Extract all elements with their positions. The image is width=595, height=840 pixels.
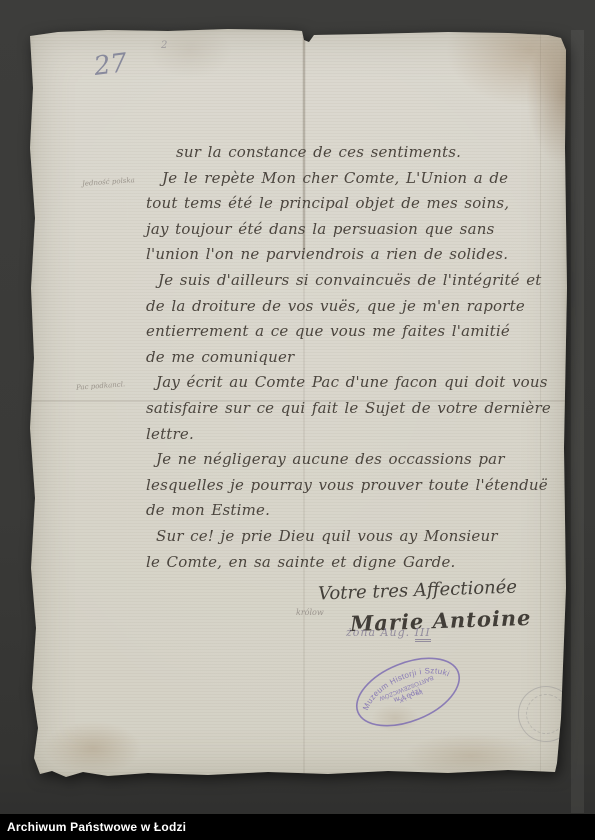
folio-number: 27: [92, 48, 129, 82]
letter-line: tout tems été le principal objet de mes …: [146, 191, 562, 217]
museum-stamp: Muzeum Historji i Sztuki w Łodzi Im. J. …: [343, 647, 473, 741]
pencil-attribution-numeral: III: [415, 626, 431, 642]
letter-line: Jay écrit au Comte Pac d'une facon qui d…: [146, 370, 562, 396]
letter-line: de me comuniquer: [146, 345, 562, 371]
archival-scan: 27 2 Jedność polska Pac podkancl. sur la…: [0, 0, 595, 840]
archive-watermark-bar: Archiwum Państwowe w Łodzi: [0, 814, 595, 840]
svg-text:Muzeum Historji i Sztuki: Muzeum Historji i Sztuki: [354, 655, 454, 714]
document-page-wrap: 27 2 Jedność polska Pac podkancl. sur la…: [28, 28, 568, 778]
letter-line: Je suis d'ailleurs si convaincuës de l'i…: [146, 268, 562, 294]
letter-line: entierrement a ce que vous me faites l'a…: [146, 319, 562, 345]
bleed-through-seal: [513, 681, 579, 747]
letter-line: jay toujour été dans la persuasion que s…: [146, 217, 562, 243]
margin-note-pac: Pac podkancl.: [76, 380, 126, 391]
letter-line: de la droiture de vos vuës, que je m'en …: [146, 294, 562, 320]
stamp-arc-top-text: Muzeum Historji i Sztuki: [354, 655, 454, 714]
margin-note-union: Jedność polska: [82, 176, 135, 188]
letter-line: satisfaire sur ce qui fait le Sujet de v…: [146, 396, 562, 422]
closing-line: Votre tres Affectionée: [318, 577, 518, 605]
bleed-through-seal-inner: [522, 690, 569, 737]
letter-line: lettre.: [146, 422, 562, 448]
adjacent-sheet-edge: [571, 30, 584, 813]
letter-line: Je le repète Mon cher Comte, L'Union a d…: [146, 166, 562, 192]
letter-line: de mon Estime.: [146, 498, 562, 524]
document-page: 27 2 Jedność polska Pac podkancl. sur la…: [28, 28, 568, 778]
pencil-attribution-left: królow: [296, 608, 324, 617]
pencil-attribution-date: żona Aug. III: [346, 626, 431, 639]
archive-name: Archiwum Państwowe w Łodzi: [0, 814, 595, 840]
pencil-small-mark: 2: [161, 40, 167, 51]
letter-body: sur la constance de ces sentiments. Je l…: [146, 140, 562, 575]
letter-line: le Comte, en sa sainte et digne Garde.: [146, 550, 562, 576]
pencil-attribution-main: żona Aug.: [346, 626, 410, 639]
letter-line: l'union l'on ne parviendrois a rien de s…: [146, 242, 562, 268]
letter-line: Sur ce! je prie Dieu quil vous ay Monsie…: [146, 524, 562, 550]
letter-line: Je ne négligeray aucune des occassions p…: [146, 447, 562, 473]
letter-line: sur la constance de ces sentiments.: [146, 140, 562, 166]
letter-line: lesquelles je pourray vous prouver toute…: [146, 473, 562, 499]
